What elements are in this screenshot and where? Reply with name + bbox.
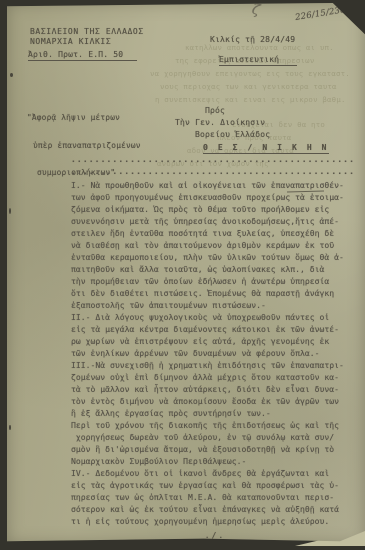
bleedthrough-text: κατηλλων αποτελουντα οπως αι υπ. xyxy=(185,43,334,52)
body-line: ἐνταῦθα κεραμοποιείου, πλὴν τῶν ὑλικῶν τ… xyxy=(71,251,363,263)
body-line: Νομαρχιακὸν Συμβούλιον Περιθάλψεως.- xyxy=(71,455,363,467)
subject-line: ὑπὲρ ἐπαναπατριζομένων xyxy=(33,141,141,151)
body-line: Ι.- Νὰ προωθηθοῦν καὶ αἱ οἰκογένειαι τῶν… xyxy=(71,179,363,191)
dotted-separator: ........................................… xyxy=(71,167,355,176)
body-line: ζόμενα οἰκήματα. Ὡς πρὸς τὸ θέμα τοῦτο π… xyxy=(71,203,363,215)
body-line: πηρεσίας των ὡς ὁπλῖται Μ.Ε.Α. θὰ καταπο… xyxy=(71,491,363,503)
place-and-date: Κιλκίς τῇ 28/4/49 xyxy=(210,35,295,44)
ink-speck xyxy=(9,208,11,214)
body-line: τι ἡ εἰς τούτους χορηγουμένη ἡμερησίως μ… xyxy=(71,515,363,527)
archive-reference-handwritten: 226/15/238 xyxy=(295,5,347,23)
classification-label: Ἐμπιστευτική xyxy=(219,55,297,66)
pen-mark: ζ xyxy=(250,1,261,18)
body-line: ρω χωρίων νὰ ἐπιστρέψουν εἰς αὐτά, ἀρχῆς… xyxy=(71,335,363,347)
body-line: ἐξαποστολῆς τῶν ἀπαιτουμένων πιστώσεων.- xyxy=(71,299,363,311)
recipient-to-label: Πρός xyxy=(205,106,225,115)
bleedthrough-text: η συνεπισκεψις και ειναι εις μικρον βαθμ… xyxy=(155,95,346,104)
body-line: τῶν ἐνηλίκων ἀρρένων τῶν δυναμένων νὰ φέ… xyxy=(71,347,363,359)
body-line: των ἀφοῦ προηγουμένως ἐπισκευασθοῦν προχ… xyxy=(71,191,363,203)
body-line: τὰ τὸ μᾶλλον καὶ ἧττον αὐτάρκεις, διότι … xyxy=(71,383,363,395)
bleedthrough-text: νους περιοχας των και γενικοτερα ταυτα xyxy=(160,82,337,91)
body-line: νὰ διαθέσῃ καὶ τὸν ἀπαιτούμενον ἀριθμὸν … xyxy=(71,239,363,251)
body-line: ΙV.- Δεδομένου ὅτι οἱ ἱκανοὶ ἄνδρες θὰ ἐ… xyxy=(71,467,363,479)
recipient-line: Τὴν Γεν. Διοίκησιν xyxy=(175,118,265,127)
ink-speck xyxy=(9,425,11,430)
ink-speck xyxy=(10,73,13,77)
body-line: ζομένων οὐχὶ ἐπὶ δίμηνον ἀλλὰ μέχρις ὅτο… xyxy=(71,371,363,383)
body-line: τὸν ἐντὸς διμήνου νὰ ἀποκομίσουν ἔσοδα ἐ… xyxy=(71,395,363,407)
body-line: παιτηθοῦν καὶ ἄλλα τοιαῦτα, ὡς ὑαλοπίνακ… xyxy=(71,263,363,275)
dotted-separator: ........................................… xyxy=(71,155,355,164)
scanned-document: κατηλλων αποτελουντα οπως αι υπ.της εφορ… xyxy=(0,0,365,550)
body-line: ἢ ἐξ ἄλλης ἐργασίας πρὸς συντήρησίν των.… xyxy=(71,407,363,419)
issuer-prefecture-line: ΝΟΜΑΡΧΙΑ ΚΙΛΚΙΣ xyxy=(30,37,111,46)
subject-line: "Ἀφορᾷ λῆψιν μέτρων xyxy=(27,113,141,123)
body-line: χορηγήσεως δωρεὰν τοῦ ἀλεύρου, ἐν τῷ συν… xyxy=(71,431,363,443)
body-line: συνεννόησιν μετὰ τῆς ὑπηρεσίας ἀνοικοδομ… xyxy=(71,215,363,227)
body-line: στειλεν ἤδη ἐνταῦθα ποσότητά τινα ξυλεία… xyxy=(71,227,363,239)
body-line: ὅτι δὲν διαθέτει πιστώσεις. Ἑπομένως θὰ … xyxy=(71,287,363,299)
recipient-line: Βορείου Ἑλλάδος xyxy=(195,130,270,139)
body-line: Περὶ τοῦ χρόνου τῆς διακοπῆς τῆς ἐπιδοτή… xyxy=(71,419,363,431)
body-line: τὴν προμήθειαν τῶν ὁποίων ἐδήλωσεν ἡ ἀνω… xyxy=(71,275,363,287)
recipient-city: Θ Ε Σ / Ν Ι Κ Η Ν xyxy=(203,143,329,154)
bleedthrough-text: να χορηγηθουν επειγοντως εις τους εγκατα… xyxy=(150,69,350,78)
body-line: σμὸν ἢ δι'ὡρισμένα ἄτομα, νὰ ἐξουσιοδοτη… xyxy=(71,443,363,455)
body-line: σότερον καὶ ὡς ἐκ τούτου εἶναι ἐπάναγκες… xyxy=(71,503,363,515)
protocol-number: Ἀριθ. Πρωτ. Ε.Π. 50 xyxy=(28,50,137,61)
body-line: ΙΙ.- Διὰ λόγους ψυχολογικοὺς νὰ ὑποχρεωθ… xyxy=(71,311,363,323)
body-line: εἰς τὰς ἀγροτικάς των ἐργασίας καὶ θὰ πρ… xyxy=(71,479,363,491)
body-text: Ι.- Νὰ προωθηθοῦν καὶ αἱ οἰκογένειαι τῶν… xyxy=(71,179,363,527)
body-line: εἰς τὰ μεγάλα κέντρα διαμένοντες κάτοικο… xyxy=(71,323,363,335)
body-line: ΙΙΙ.-Νὰ συνεχισθῇ ἡ χρηματικὴ ἐπιδότησις… xyxy=(71,359,363,371)
issuer-kingdom-line: ΒΑΣΙΛΕΙΟΝ ΤΗΣ ΕΛΛΑΔΟΣ xyxy=(30,27,144,36)
closing-mark: ./. xyxy=(71,531,359,540)
document-page: κατηλλων αποτελουντα οπως αι υπ.της εφορ… xyxy=(7,3,365,544)
